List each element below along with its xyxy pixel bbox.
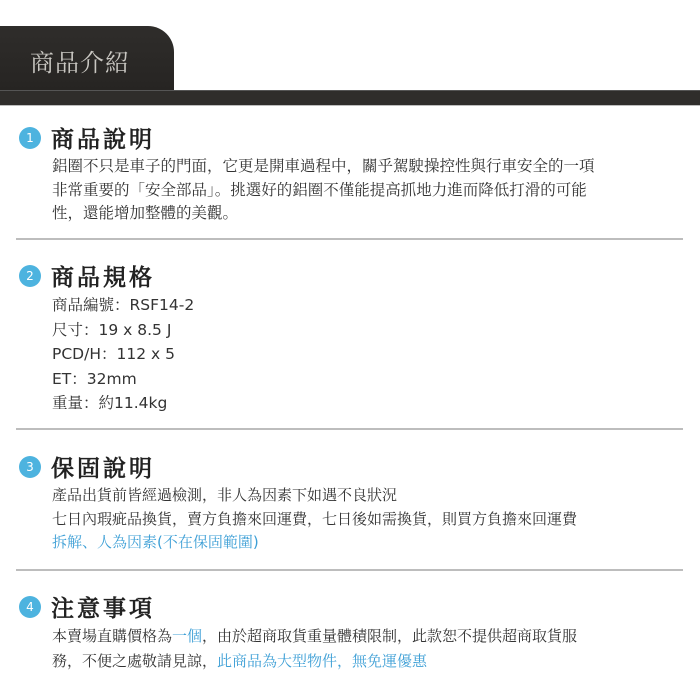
- spec-item-et: ET：32mm: [52, 367, 682, 392]
- body-line: 產品出貨前皆經過檢測，非人為因素下如遇不良狀況: [52, 484, 682, 508]
- divider: [16, 428, 683, 430]
- number-badge-icon: 2: [19, 265, 41, 287]
- spec-item-size: 尺寸：19 x 8.5 J: [52, 318, 682, 343]
- body-line: 性，還能增加整體的美觀。: [52, 202, 682, 226]
- notice-highlight: 一個: [172, 627, 202, 645]
- spec-item-weight: 重量：約11.4kg: [52, 391, 682, 416]
- number-badge-icon: 4: [19, 596, 41, 618]
- divider: [16, 238, 683, 240]
- header-bar: [0, 90, 700, 106]
- section-title: 商品規格: [51, 259, 155, 292]
- divider: [16, 569, 683, 571]
- number-badge-icon: 1: [19, 127, 41, 149]
- section-title: 保固說明: [51, 450, 155, 483]
- notice-highlight: 此商品為大型物件，無免運優惠: [217, 652, 427, 670]
- number-badge-icon: 3: [19, 456, 41, 478]
- section-title: 商品說明: [51, 121, 155, 154]
- tab-title: 商品介紹: [30, 43, 130, 78]
- notice-text: 務，不便之處敬請見諒，: [52, 652, 217, 670]
- section-title: 注意事項: [51, 590, 155, 623]
- warranty-note: 拆解、人為因素(不在保固範圍): [52, 531, 682, 555]
- spec-item-code: 商品編號：RSF14-2: [52, 293, 682, 318]
- body-line: 七日內瑕疵品換貨，賣方負擔來回運費，七日後如需換貨，則買方負擔來回運費: [52, 508, 682, 532]
- body-line: 非常重要的「安全部品」。挑選好的鋁圈不僅能提高抓地力進而降低打滑的可能: [52, 179, 682, 203]
- notice-text: 本賣場直購價格為: [52, 627, 172, 645]
- section-tab: 商品介紹: [0, 26, 174, 92]
- body-line: 鋁圈不只是車子的門面，它更是開車過程中，關乎駕駛操控性與行車安全的一項: [52, 155, 682, 179]
- spec-item-pcd: PCD/H：112 x 5: [52, 342, 682, 367]
- notice-text: ，由於超商取貨重量體積限制，此款恕不提供超商取貨服: [202, 627, 577, 645]
